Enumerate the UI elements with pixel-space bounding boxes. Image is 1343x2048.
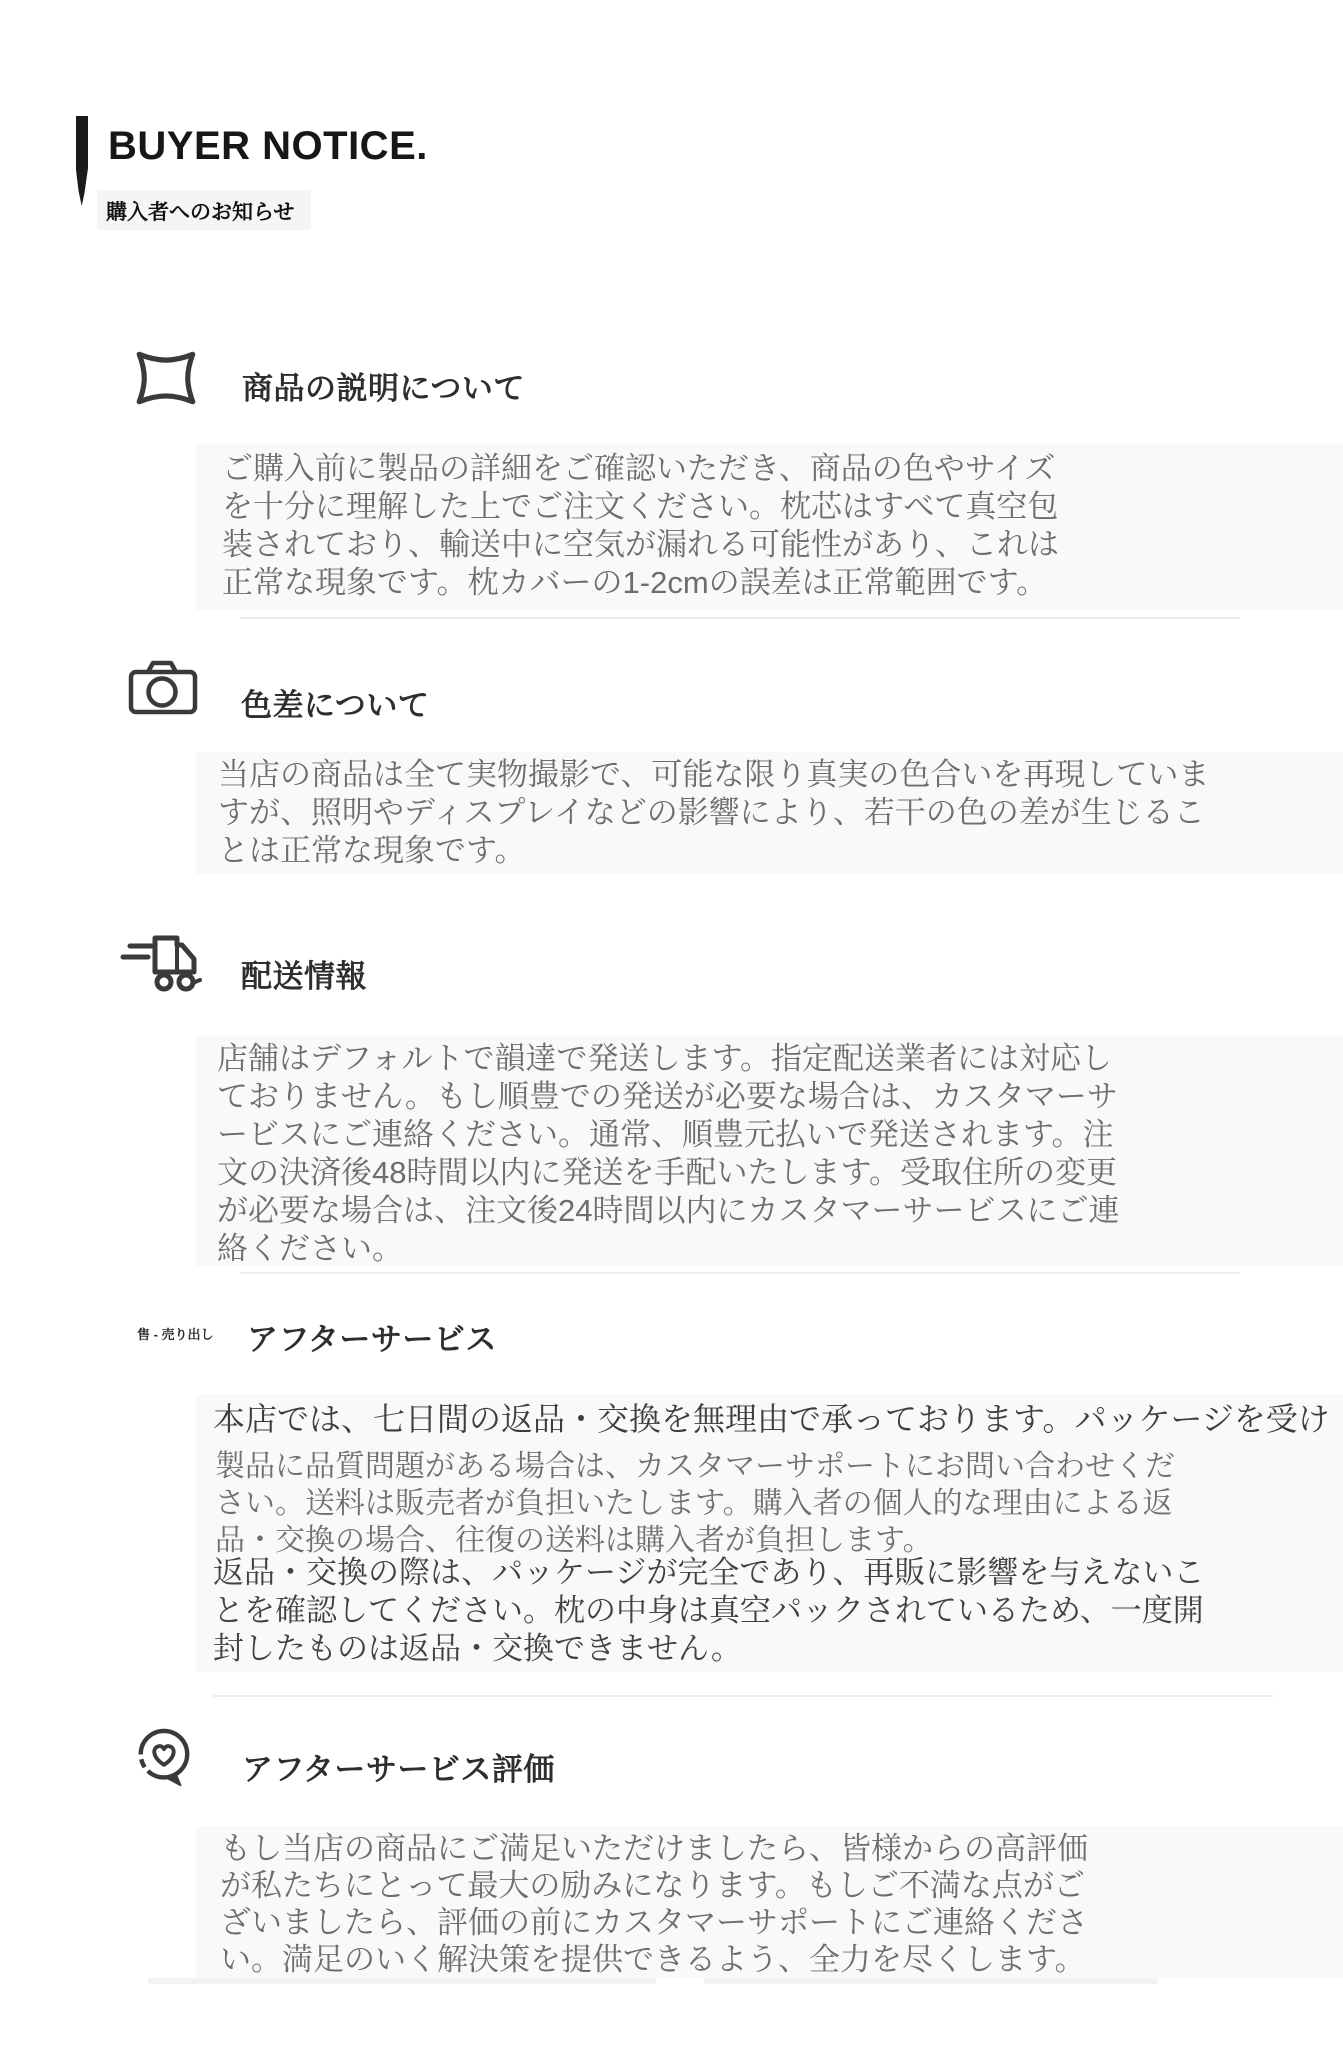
after-service-note: 返品・交換の際は、パッケージが完全であり、再販に影響を与えないこ とを確認してく…: [213, 1554, 1204, 1668]
truck-icon: [118, 928, 202, 1001]
page-title: BUYER NOTICE.: [108, 124, 428, 169]
highlight-strip: [148, 1978, 656, 1984]
accent-bar: [76, 116, 88, 206]
divider: [240, 617, 1240, 619]
divider: [240, 1272, 1240, 1274]
product-desc-heading: 商品の説明について: [242, 363, 525, 408]
buyer-notice-sheet: BUYER NOTICE. 購入者へのお知らせ 商品の説明について ご購入前に製…: [0, 0, 1343, 2048]
after-service-heading: アフターサービス: [247, 1314, 497, 1359]
shipping-body: 店舗はデフォルトで韻達で発送します。指定配送業者には対応し ておりません。もし順…: [217, 1040, 1119, 1268]
page-subtitle: 購入者へのお知らせ: [106, 196, 294, 226]
review-body: もし当店の商品にご満足いただけましたら、皆様からの高評価 が私たちにとって最大の…: [220, 1830, 1088, 1978]
review-heading: アフターサービス評価: [242, 1744, 555, 1789]
sale-text-icon: 售 - 売り出し: [137, 1324, 214, 1343]
highlight-strip: [704, 1978, 1158, 1984]
color-diff-body: 当店の商品は全て実物撮影で、可能な限り真実の色合いを再現していま すが、照明やデ…: [218, 756, 1209, 870]
divider: [213, 1695, 1273, 1697]
camera-icon: [126, 655, 200, 722]
shipping-heading: 配送情報: [241, 951, 367, 996]
product-desc-body: ご購入前に製品の詳細をご確認いただき、商品の色やサイズ を十分に理解した上でご注…: [222, 450, 1059, 602]
after-service-body: 製品に品質問題がある場合は、カスタマーサポートにお問い合わせくだ さい。送料は販…: [215, 1448, 1175, 1559]
after-service-intro: 本店では、七日間の返品・交換を無理由で承っております。パッケージを受け: [213, 1400, 1330, 1438]
pillow-icon: [131, 346, 201, 415]
heart-bubble-icon: [132, 1724, 194, 1799]
color-diff-heading: 色差について: [241, 680, 429, 725]
